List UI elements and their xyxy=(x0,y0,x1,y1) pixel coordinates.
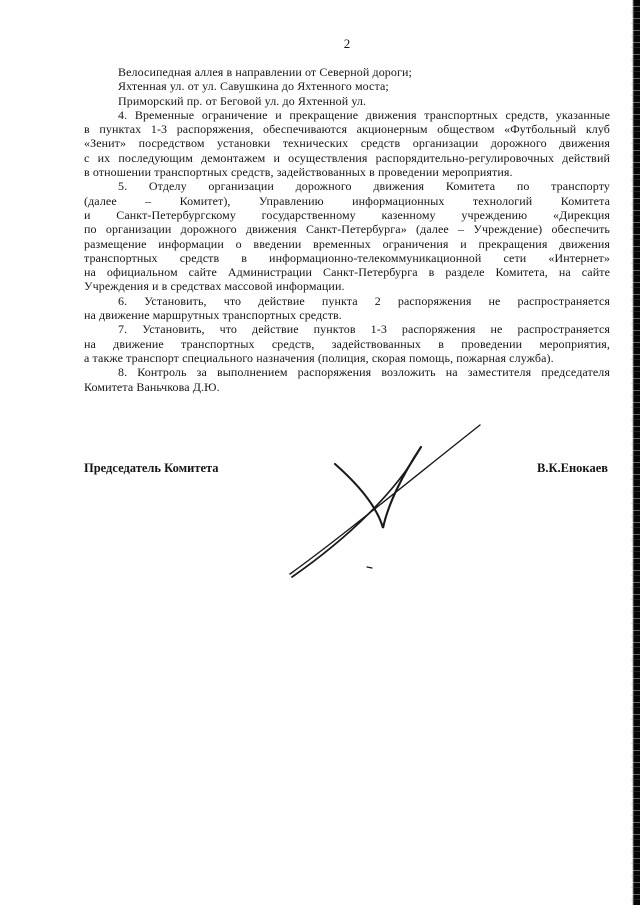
document-line: транспортных средств в информационно-тел… xyxy=(84,251,610,265)
document-line: на движение маршрутных транспортных сред… xyxy=(84,308,610,322)
document-line: на официальном сайте Администрации Санкт… xyxy=(84,265,610,279)
document-line: а также транспорт специального назначени… xyxy=(84,351,610,365)
document-body: Велосипедная аллея в направлении от Севе… xyxy=(84,65,610,394)
document-line: 4. Временные ограничение и прекращение д… xyxy=(84,108,610,122)
document-line: 7. Установить, что действие пунктов 1-3 … xyxy=(84,322,610,336)
document-line: размещение информации о введении временн… xyxy=(84,237,610,251)
document-line: Учреждения и в средствах массовой информ… xyxy=(84,279,610,293)
page-number: 2 xyxy=(84,36,610,52)
scanner-edge-artifact xyxy=(631,0,640,905)
document-line: по организации дорожного движения Санкт-… xyxy=(84,222,610,236)
document-line: 6. Установить, что действие пункта 2 рас… xyxy=(84,294,610,308)
document-line: в отношении транспортных средств, задейс… xyxy=(84,165,610,179)
document-line: в пунктах 1-3 распоряжения, обеспечивают… xyxy=(84,122,610,136)
handwritten-signature-icon xyxy=(278,416,488,584)
document-line: 5. Отделу организации дорожного движения… xyxy=(84,179,610,193)
document-line: Комитета Ваньчкова Д.Ю. xyxy=(84,380,610,394)
document-line: Велосипедная аллея в направлении от Севе… xyxy=(84,65,610,79)
document-line: и Санкт-Петербургскому государственному … xyxy=(84,208,610,222)
scanned-document-page: 2 Велосипедная аллея в направлении от Се… xyxy=(0,0,640,905)
document-line: с их последующим демонтажем и осуществле… xyxy=(84,151,610,165)
document-line: 8. Контроль за выполнением распоряжения … xyxy=(84,365,610,379)
document-line: на движение транспортных средств, задейс… xyxy=(84,337,610,351)
chairman-name: В.К.Енокаев xyxy=(537,461,608,476)
document-line: «Зенит» посредством установки технически… xyxy=(84,136,610,150)
chairman-title: Председатель Комитета xyxy=(84,461,219,476)
document-line: (далее – Комитет), Управлению информацио… xyxy=(84,194,610,208)
document-line: Яхтенная ул. от ул. Савушкина до Яхтенно… xyxy=(84,79,610,93)
document-line: Приморский пр. от Беговой ул. до Яхтенно… xyxy=(84,94,610,108)
